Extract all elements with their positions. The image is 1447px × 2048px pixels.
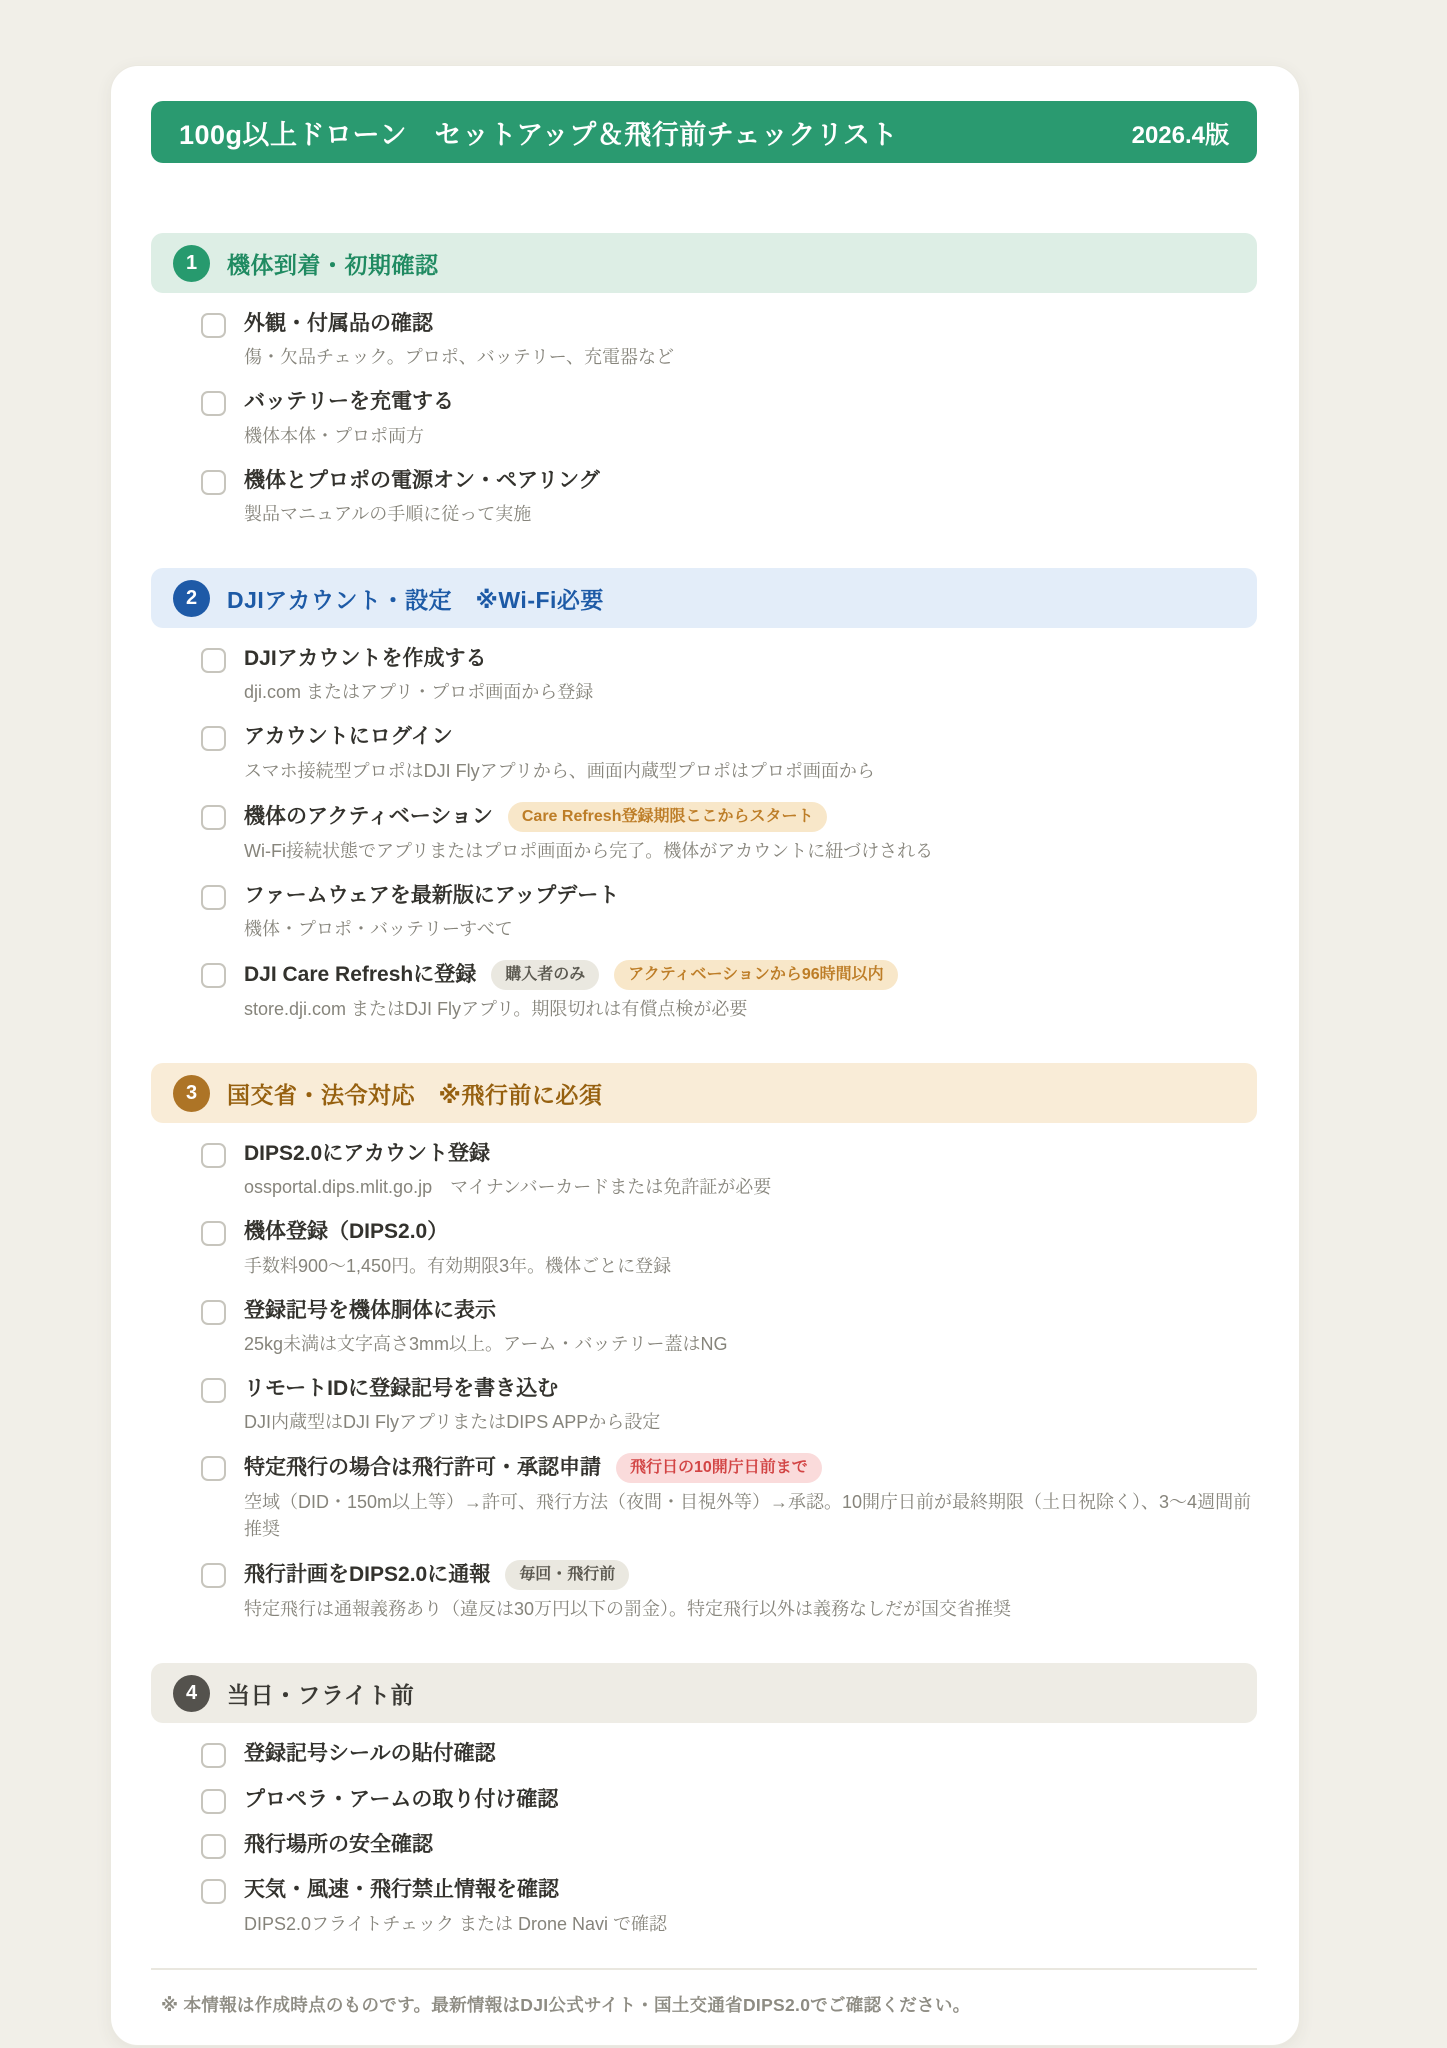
item-checkbox[interactable] <box>201 1456 226 1481</box>
item-checkbox[interactable] <box>201 1563 226 1588</box>
item-title: アカウントにログイン <box>244 723 453 751</box>
page-title: 100g以上ドローン セットアップ＆飛行前チェックリスト <box>179 113 898 152</box>
item-title: 飛行場所の安全確認 <box>244 1831 433 1859</box>
item-title: DJI Care Refreshに登録 <box>244 961 476 989</box>
checklist-item: リモートIDに登録記号を書き込む DJI内蔵型はDJI FlyアプリまたはDIP… <box>201 1375 1257 1436</box>
item-description: 特定飛行は通報義務あり（違反は30万円以下の罰金）。特定飛行以外は義務なしだが国… <box>244 1596 1257 1623</box>
item-body: DIPS2.0にアカウント登録 ossportal.dips.mlit.go.j… <box>244 1140 1257 1201</box>
item-body: 機体のアクティベーション Care Refresh登録期限ここからスタート Wi… <box>244 802 1257 865</box>
section-header: 1 機体到着・初期確認 <box>151 233 1257 293</box>
item-body: 登録記号を機体胴体に表示 25kg未満は文字高さ3mm以上。アーム・バッテリー蓋… <box>244 1297 1257 1358</box>
item-description: DIPS2.0フライトチェック または Drone Navi で確認 <box>244 1911 1257 1938</box>
sections: 1 機体到着・初期確認 外観・付属品の確認 傷・欠品チェック。プロポ、バッテリー… <box>151 233 1257 1938</box>
item-checkbox[interactable] <box>201 1378 226 1403</box>
item-badge: 購入者のみ <box>491 960 599 990</box>
item-title-row: 外観・付属品の確認 <box>244 310 1257 338</box>
item-title-row: アカウントにログイン <box>244 723 1257 751</box>
version-badge: 2026.4版 <box>1132 115 1229 150</box>
item-badge: Care Refresh登録期限ここからスタート <box>508 802 828 832</box>
item-description: 機体・プロポ・バッテリーすべて <box>244 916 1257 943</box>
item-title-row: プロペラ・アームの取り付け確認 <box>244 1786 1257 1814</box>
section-title: 当日・フライト前 <box>227 1677 414 1710</box>
checklist-item: DJIアカウントを作成する dji.com またはアプリ・プロポ画面から登録 <box>201 645 1257 706</box>
item-title: DJIアカウントを作成する <box>244 645 486 673</box>
item-title: リモートIDに登録記号を書き込む <box>244 1375 558 1403</box>
item-checkbox[interactable] <box>201 391 226 416</box>
checklist-item: DIPS2.0にアカウント登録 ossportal.dips.mlit.go.j… <box>201 1140 1257 1201</box>
section-title: 機体到着・初期確認 <box>227 247 439 280</box>
item-checkbox[interactable] <box>201 1221 226 1246</box>
section-4: 4 当日・フライト前 登録記号シールの貼付確認 プロペラ・アームの取り付け確認 <box>151 1663 1257 1937</box>
item-checkbox[interactable] <box>201 1143 226 1168</box>
checklist-item: バッテリーを充電する 機体本体・プロポ両方 <box>201 388 1257 449</box>
item-checkbox[interactable] <box>201 470 226 495</box>
item-title: プロペラ・アームの取り付け確認 <box>244 1786 558 1814</box>
item-title-row: 登録記号シールの貼付確認 <box>244 1740 1257 1768</box>
section-header: 3 国交省・法令対応 ※飛行前に必須 <box>151 1063 1257 1123</box>
section-number-badge: 1 <box>173 245 210 282</box>
item-title: 機体とプロポの電源オン・ペアリング <box>244 467 600 495</box>
item-checkbox[interactable] <box>201 885 226 910</box>
checklist-item: プロペラ・アームの取り付け確認 <box>201 1786 1257 1814</box>
item-checkbox[interactable] <box>201 1743 226 1768</box>
item-body: DJIアカウントを作成する dji.com またはアプリ・プロポ画面から登録 <box>244 645 1257 706</box>
section-title: 国交省・法令対応 ※飛行前に必須 <box>227 1077 602 1110</box>
checklist-item: 天気・風速・飛行禁止情報を確認 DIPS2.0フライトチェック または Dron… <box>201 1876 1257 1937</box>
item-title-row: 登録記号を機体胴体に表示 <box>244 1297 1257 1325</box>
item-checkbox[interactable] <box>201 313 226 338</box>
section-1: 1 機体到着・初期確認 外観・付属品の確認 傷・欠品チェック。プロポ、バッテリー… <box>151 233 1257 528</box>
item-description: 25kg未満は文字高さ3mm以上。アーム・バッテリー蓋はNG <box>244 1331 1257 1358</box>
item-description: DJI内蔵型はDJI FlyアプリまたはDIPS APPから設定 <box>244 1409 1257 1436</box>
item-description: 傷・欠品チェック。プロポ、バッテリー、充電器など <box>244 344 1257 371</box>
item-list: 登録記号シールの貼付確認 プロペラ・アームの取り付け確認 飛行場所の安全確認 <box>151 1740 1257 1937</box>
item-body: 登録記号シールの貼付確認 <box>244 1740 1257 1768</box>
section-number-badge: 2 <box>173 580 210 617</box>
checklist-item: 特定飛行の場合は飛行許可・承認申請 飛行日の10開庁日前まで 空域（DID・15… <box>201 1453 1257 1543</box>
item-title-row: 機体のアクティベーション Care Refresh登録期限ここからスタート <box>244 802 1257 832</box>
item-description: 空域（DID・150m以上等）→許可、飛行方法（夜間・目視外等）→承認。10開庁… <box>244 1489 1257 1543</box>
section-header: 4 当日・フライト前 <box>151 1663 1257 1723</box>
item-title: バッテリーを充電する <box>244 388 454 416</box>
section-2: 2 DJIアカウント・設定 ※Wi-Fi必要 DJIアカウントを作成する dji… <box>151 568 1257 1023</box>
item-checkbox[interactable] <box>201 648 226 673</box>
item-title-row: リモートIDに登録記号を書き込む <box>244 1375 1257 1403</box>
section-number-badge: 3 <box>173 1075 210 1112</box>
item-title: 特定飛行の場合は飛行許可・承認申請 <box>244 1454 601 1482</box>
item-badge: 毎回・飛行前 <box>505 1560 629 1590</box>
item-body: 特定飛行の場合は飛行許可・承認申請 飛行日の10開庁日前まで 空域（DID・15… <box>244 1453 1257 1543</box>
item-list: DIPS2.0にアカウント登録 ossportal.dips.mlit.go.j… <box>151 1140 1257 1623</box>
checklist-card: 100g以上ドローン セットアップ＆飛行前チェックリスト 2026.4版 1 機… <box>110 65 1300 2046</box>
item-title-row: 飛行計画をDIPS2.0に通報 毎回・飛行前 <box>244 1560 1257 1590</box>
item-description: 手数料900〜1,450円。有効期限3年。機体ごとに登録 <box>244 1253 1257 1280</box>
item-description: dji.com またはアプリ・プロポ画面から登録 <box>244 679 1257 706</box>
item-title: 登録記号を機体胴体に表示 <box>244 1297 496 1325</box>
item-description: store.dji.com またはDJI Flyアプリ。期限切れは有償点検が必要 <box>244 996 1257 1023</box>
checklist-item: 機体登録（DIPS2.0） 手数料900〜1,450円。有効期限3年。機体ごとに… <box>201 1218 1257 1279</box>
item-checkbox[interactable] <box>201 1789 226 1814</box>
footer: ※ 本情報は作成時点のものです。最新情報はDJI公式サイト・国土交通省DIPS2… <box>151 1968 1257 2019</box>
item-description: スマホ接続型プロポはDJI Flyアプリから、画面内蔵型プロポはプロポ画面から <box>244 758 1257 785</box>
item-title: DIPS2.0にアカウント登録 <box>244 1140 490 1168</box>
item-body: DJI Care Refreshに登録 購入者のみ アクティベーションから96時… <box>244 960 1257 1023</box>
item-list: DJIアカウントを作成する dji.com またはアプリ・プロポ画面から登録 ア… <box>151 645 1257 1023</box>
item-title: 飛行計画をDIPS2.0に通報 <box>244 1561 490 1589</box>
item-title-row: DJI Care Refreshに登録 購入者のみ アクティベーションから96時… <box>244 960 1257 990</box>
footer-note: ※ 本情報は作成時点のものです。最新情報はDJI公式サイト・国土交通省DIPS2… <box>161 1992 1257 2017</box>
section-number-badge: 4 <box>173 1675 210 1712</box>
item-title-row: ファームウェアを最新版にアップデート <box>244 882 1257 910</box>
checklist-item: 機体とプロポの電源オン・ペアリング 製品マニュアルの手順に従って実施 <box>201 467 1257 528</box>
item-checkbox[interactable] <box>201 726 226 751</box>
checklist-item: 機体のアクティベーション Care Refresh登録期限ここからスタート Wi… <box>201 802 1257 865</box>
item-title-row: バッテリーを充電する <box>244 388 1257 416</box>
item-body: 飛行計画をDIPS2.0に通報 毎回・飛行前 特定飛行は通報義務あり（違反は30… <box>244 1560 1257 1623</box>
item-checkbox[interactable] <box>201 1879 226 1904</box>
checklist-item: 登録記号を機体胴体に表示 25kg未満は文字高さ3mm以上。アーム・バッテリー蓋… <box>201 1297 1257 1358</box>
item-description: 機体本体・プロポ両方 <box>244 423 1257 450</box>
checklist-item: DJI Care Refreshに登録 購入者のみ アクティベーションから96時… <box>201 960 1257 1023</box>
item-title-row: 機体登録（DIPS2.0） <box>244 1218 1257 1246</box>
item-title-row: 特定飛行の場合は飛行許可・承認申請 飛行日の10開庁日前まで <box>244 1453 1257 1483</box>
item-checkbox[interactable] <box>201 805 226 830</box>
item-body: 外観・付属品の確認 傷・欠品チェック。プロポ、バッテリー、充電器など <box>244 310 1257 371</box>
item-title-row: 飛行場所の安全確認 <box>244 1831 1257 1859</box>
item-title-row: DIPS2.0にアカウント登録 <box>244 1140 1257 1168</box>
item-title-row: 天気・風速・飛行禁止情報を確認 <box>244 1876 1257 1904</box>
item-description: ossportal.dips.mlit.go.jp マイナンバーカードまたは免許… <box>244 1174 1257 1201</box>
section-3: 3 国交省・法令対応 ※飛行前に必須 DIPS2.0にアカウント登録 osspo… <box>151 1063 1257 1623</box>
checklist-item: 外観・付属品の確認 傷・欠品チェック。プロポ、バッテリー、充電器など <box>201 310 1257 371</box>
checklist-item: 飛行場所の安全確認 <box>201 1831 1257 1859</box>
item-title: ファームウェアを最新版にアップデート <box>244 882 619 910</box>
section-header: 2 DJIアカウント・設定 ※Wi-Fi必要 <box>151 568 1257 628</box>
item-body: バッテリーを充電する 機体本体・プロポ両方 <box>244 388 1257 449</box>
item-body: アカウントにログイン スマホ接続型プロポはDJI Flyアプリから、画面内蔵型プ… <box>244 723 1257 784</box>
checklist-item: アカウントにログイン スマホ接続型プロポはDJI Flyアプリから、画面内蔵型プ… <box>201 723 1257 784</box>
item-description: 製品マニュアルの手順に従って実施 <box>244 501 1257 528</box>
item-badge: 飛行日の10開庁日前まで <box>616 1453 822 1483</box>
checklist-item: 登録記号シールの貼付確認 <box>201 1740 1257 1768</box>
item-title: 天気・風速・飛行禁止情報を確認 <box>244 1876 559 1904</box>
item-checkbox[interactable] <box>201 1300 226 1325</box>
item-body: リモートIDに登録記号を書き込む DJI内蔵型はDJI FlyアプリまたはDIP… <box>244 1375 1257 1436</box>
item-body: 天気・風速・飛行禁止情報を確認 DIPS2.0フライトチェック または Dron… <box>244 1876 1257 1937</box>
item-title: 機体登録（DIPS2.0） <box>244 1218 448 1246</box>
item-title: 登録記号シールの貼付確認 <box>244 1740 496 1768</box>
item-body: ファームウェアを最新版にアップデート 機体・プロポ・バッテリーすべて <box>244 882 1257 943</box>
item-body: 機体登録（DIPS2.0） 手数料900〜1,450円。有効期限3年。機体ごとに… <box>244 1218 1257 1279</box>
item-title-row: DJIアカウントを作成する <box>244 645 1257 673</box>
checklist-item: ファームウェアを最新版にアップデート 機体・プロポ・バッテリーすべて <box>201 882 1257 943</box>
item-checkbox[interactable] <box>201 1834 226 1859</box>
item-body: 飛行場所の安全確認 <box>244 1831 1257 1859</box>
item-body: プロペラ・アームの取り付け確認 <box>244 1786 1257 1814</box>
item-title: 機体のアクティベーション <box>244 803 493 831</box>
item-description: Wi-Fi接続状態でアプリまたはプロポ画面から完了。機体がアカウントに紐づけされ… <box>244 838 1257 865</box>
section-title: DJIアカウント・設定 ※Wi-Fi必要 <box>227 582 604 615</box>
item-body: 機体とプロポの電源オン・ペアリング 製品マニュアルの手順に従って実施 <box>244 467 1257 528</box>
item-checkbox[interactable] <box>201 963 226 988</box>
item-badge: アクティベーションから96時間以内 <box>614 960 897 990</box>
item-title-row: 機体とプロポの電源オン・ペアリング <box>244 467 1257 495</box>
title-bar: 100g以上ドローン セットアップ＆飛行前チェックリスト 2026.4版 <box>151 101 1257 163</box>
item-title: 外観・付属品の確認 <box>244 310 433 338</box>
checklist-item: 飛行計画をDIPS2.0に通報 毎回・飛行前 特定飛行は通報義務あり（違反は30… <box>201 1560 1257 1623</box>
item-list: 外観・付属品の確認 傷・欠品チェック。プロポ、バッテリー、充電器など バッテリー… <box>151 310 1257 528</box>
